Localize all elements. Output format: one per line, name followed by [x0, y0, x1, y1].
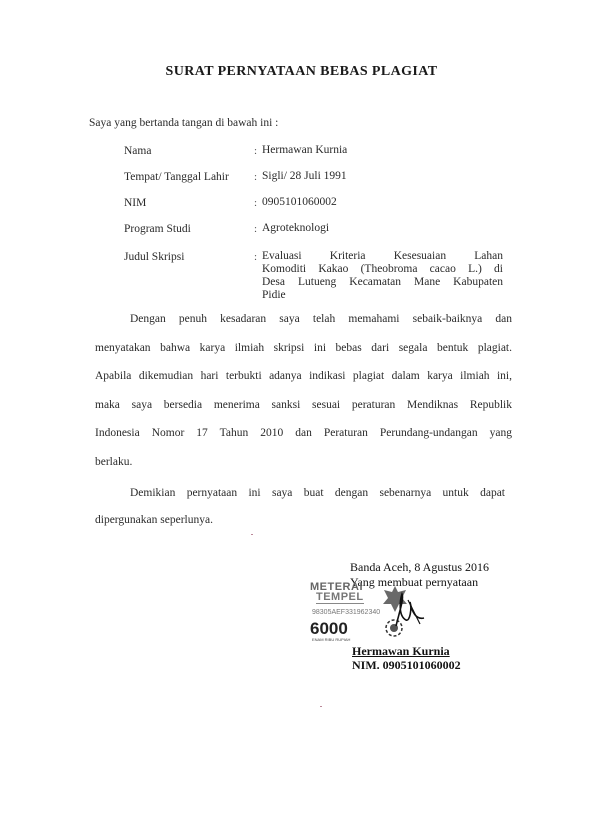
field-label-judul: Judul Skripsi	[124, 251, 184, 263]
field-value-ttl: Sigli/ 28 Juli 1991	[262, 170, 347, 182]
signer-name: Hermawan Kurnia	[352, 644, 450, 659]
paragraph-line: Apabila dikemudian hari terbukti adanya …	[95, 370, 512, 382]
scan-speck	[251, 534, 253, 535]
field-separator: :	[254, 171, 257, 183]
field-label-nim: NIM	[124, 197, 146, 209]
judul-line: Evaluasi Kriteria Kesesuaian Lahan	[262, 250, 503, 263]
judul-line: Desa Lutueng Kecamatan Mane Kabupaten	[262, 276, 503, 289]
field-separator: :	[254, 223, 257, 235]
paragraph-line: berlaku.	[95, 456, 512, 468]
stamp-value-words: ENAM RIBU RUPIAH	[312, 637, 350, 642]
paragraph-line: Dengan penuh kesadaran saya telah memaha…	[130, 313, 512, 325]
paragraph-line: Indonesia Nomor 17 Tahun 2010 dan Peratu…	[95, 427, 512, 439]
paragraph-line: menyatakan bahwa karya ilmiah skripsi in…	[95, 342, 512, 354]
paragraph-line: maka saya bersedia menerima sanksi sesua…	[95, 399, 512, 411]
field-separator: :	[254, 197, 257, 209]
stamp-line2: TEMPEL	[316, 591, 364, 604]
field-label-nama: Nama	[124, 145, 151, 157]
judul-line: Komoditi Kakao (Theobroma cacao L.) di	[262, 263, 503, 276]
judul-line: Pidie	[262, 289, 503, 302]
field-value-prodi: Agroteknologi	[262, 222, 329, 234]
field-label-prodi: Program Studi	[124, 223, 191, 235]
scan-speck	[320, 706, 322, 707]
paragraph-line: Demikian pernyataan ini saya buat dengan…	[130, 487, 505, 499]
field-label-ttl: Tempat/ Tanggal Lahir	[124, 171, 229, 183]
intro-text: Saya yang bertanda tangan di bawah ini :	[89, 117, 278, 129]
place-date: Banda Aceh, 8 Agustus 2016	[350, 560, 489, 575]
stamp-code: 98305AEF331962340	[312, 609, 380, 616]
field-value-nim: 0905101060002	[262, 196, 337, 208]
field-separator: :	[254, 145, 257, 157]
paragraph-line: dipergunakan seperlunya.	[95, 514, 512, 526]
signer-nim: NIM. 0905101060002	[352, 658, 461, 673]
stamp-value: 6000	[310, 619, 348, 639]
field-value-judul: Evaluasi Kriteria Kesesuaian Lahan Komod…	[262, 250, 503, 302]
field-separator: :	[254, 251, 257, 263]
handwritten-signature-icon	[390, 590, 430, 630]
document-title: SURAT PERNYATAAN BEBAS PLAGIAT	[0, 64, 595, 80]
field-value-nama: Hermawan Kurnia	[262, 144, 347, 156]
